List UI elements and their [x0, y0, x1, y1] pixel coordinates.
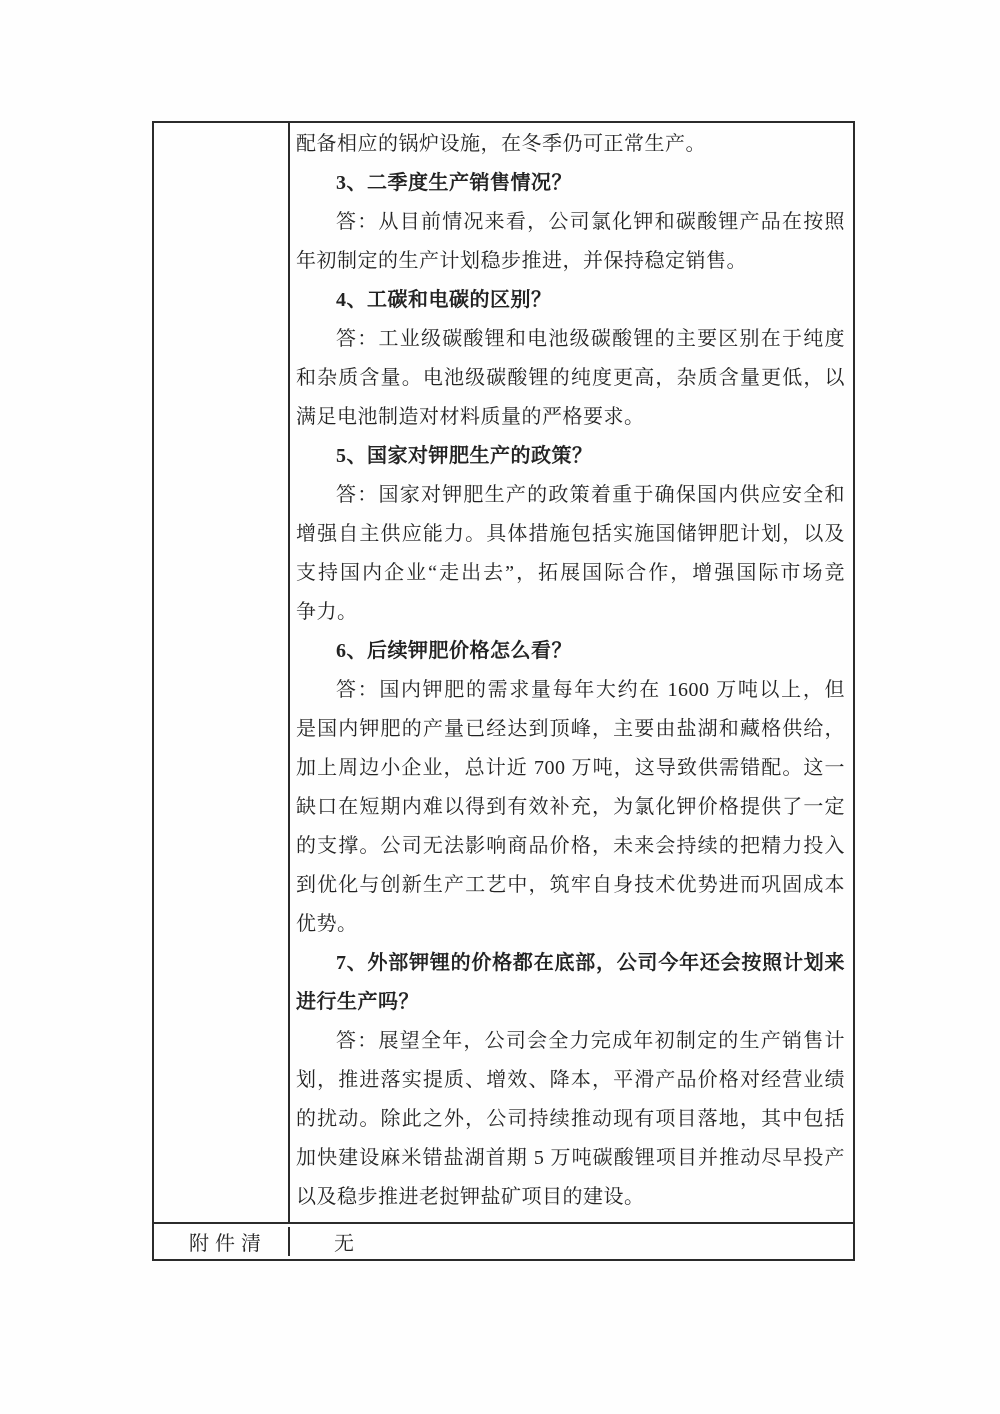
text-line: 缺口在短期内难以得到有效补充，为氯化钾价格提供了一定: [296, 788, 845, 827]
qa-label-cell: [154, 123, 290, 1222]
text-line: 进行生产吗？: [296, 983, 845, 1022]
text-line: 满足电池制造对材料质量的严格要求。: [296, 398, 845, 437]
text-line: 支持国内企业“走出去”，拓展国际合作，增强国际市场竞: [296, 554, 845, 593]
text-line: 答：国内钾肥的需求量每年大约在 1600 万吨以上，但: [296, 671, 845, 710]
text-line: 增强自主供应能力。具体措施包括实施国储钾肥计划，以及: [296, 515, 845, 554]
text-line: 和杂质含量。电池级碳酸锂的纯度更高，杂质含量更低，以: [296, 359, 845, 398]
text-line: 加上周边小企业，总计近 700 万吨，这导致供需错配。这一: [296, 749, 845, 788]
document-page: 配备相应的锅炉设施，在冬季仍可正常生产。3、二季度生产销售情况？答：从目前情况来…: [0, 0, 1000, 1414]
text-line: 配备相应的锅炉设施，在冬季仍可正常生产。: [296, 125, 845, 164]
table-row-attachment: 附件清 无: [154, 1222, 853, 1259]
text-line: 以及稳步推进老挝钾盐矿项目的建设。: [296, 1178, 845, 1217]
text-line: 3、二季度生产销售情况？: [296, 164, 845, 203]
text-line: 加快建设麻米错盐湖首期 5 万吨碳酸锂项目并推动尽早投产: [296, 1139, 845, 1178]
text-line: 年初制定的生产计划稳步推进，并保持稳定销售。: [296, 242, 845, 281]
table-row-qa: 配备相应的锅炉设施，在冬季仍可正常生产。3、二季度生产销售情况？答：从目前情况来…: [154, 123, 853, 1222]
text-line: 是国内钾肥的产量已经达到顶峰，主要由盐湖和藏格供给，: [296, 710, 845, 749]
qa-content-cell: 配备相应的锅炉设施，在冬季仍可正常生产。3、二季度生产销售情况？答：从目前情况来…: [290, 123, 853, 1222]
text-line: 答：展望全年，公司会全力完成年初制定的生产销售计: [296, 1022, 845, 1061]
text-line: 答：国家对钾肥生产的政策着重于确保国内供应安全和: [296, 476, 845, 515]
text-line: 6、后续钾肥价格怎么看？: [296, 632, 845, 671]
attachment-label: 附件清: [154, 1227, 290, 1256]
text-line: 的扰动。除此之外，公司持续推动现有项目落地，其中包括: [296, 1100, 845, 1139]
text-line: 4、工碳和电碳的区别？: [296, 281, 845, 320]
qa-table: 配备相应的锅炉设施，在冬季仍可正常生产。3、二季度生产销售情况？答：从目前情况来…: [152, 121, 855, 1261]
text-line: 7、外部钾锂的价格都在底部，公司今年还会按照计划来: [296, 944, 845, 983]
attachment-value: 无: [290, 1227, 853, 1256]
text-line: 5、国家对钾肥生产的政策？: [296, 437, 845, 476]
text-line: 到优化与创新生产工艺中，筑牢自身技术优势进而巩固成本: [296, 866, 845, 905]
text-line: 争力。: [296, 593, 845, 632]
text-line: 答：工业级碳酸锂和电池级碳酸锂的主要区别在于纯度: [296, 320, 845, 359]
text-line: 的支撑。公司无法影响商品价格，未来会持续的把精力投入: [296, 827, 845, 866]
text-line: 划，推进落实提质、增效、降本，平滑产品价格对经营业绩: [296, 1061, 845, 1100]
text-line: 优势。: [296, 905, 845, 944]
text-line: 答：从目前情况来看，公司氯化钾和碳酸锂产品在按照: [296, 203, 845, 242]
